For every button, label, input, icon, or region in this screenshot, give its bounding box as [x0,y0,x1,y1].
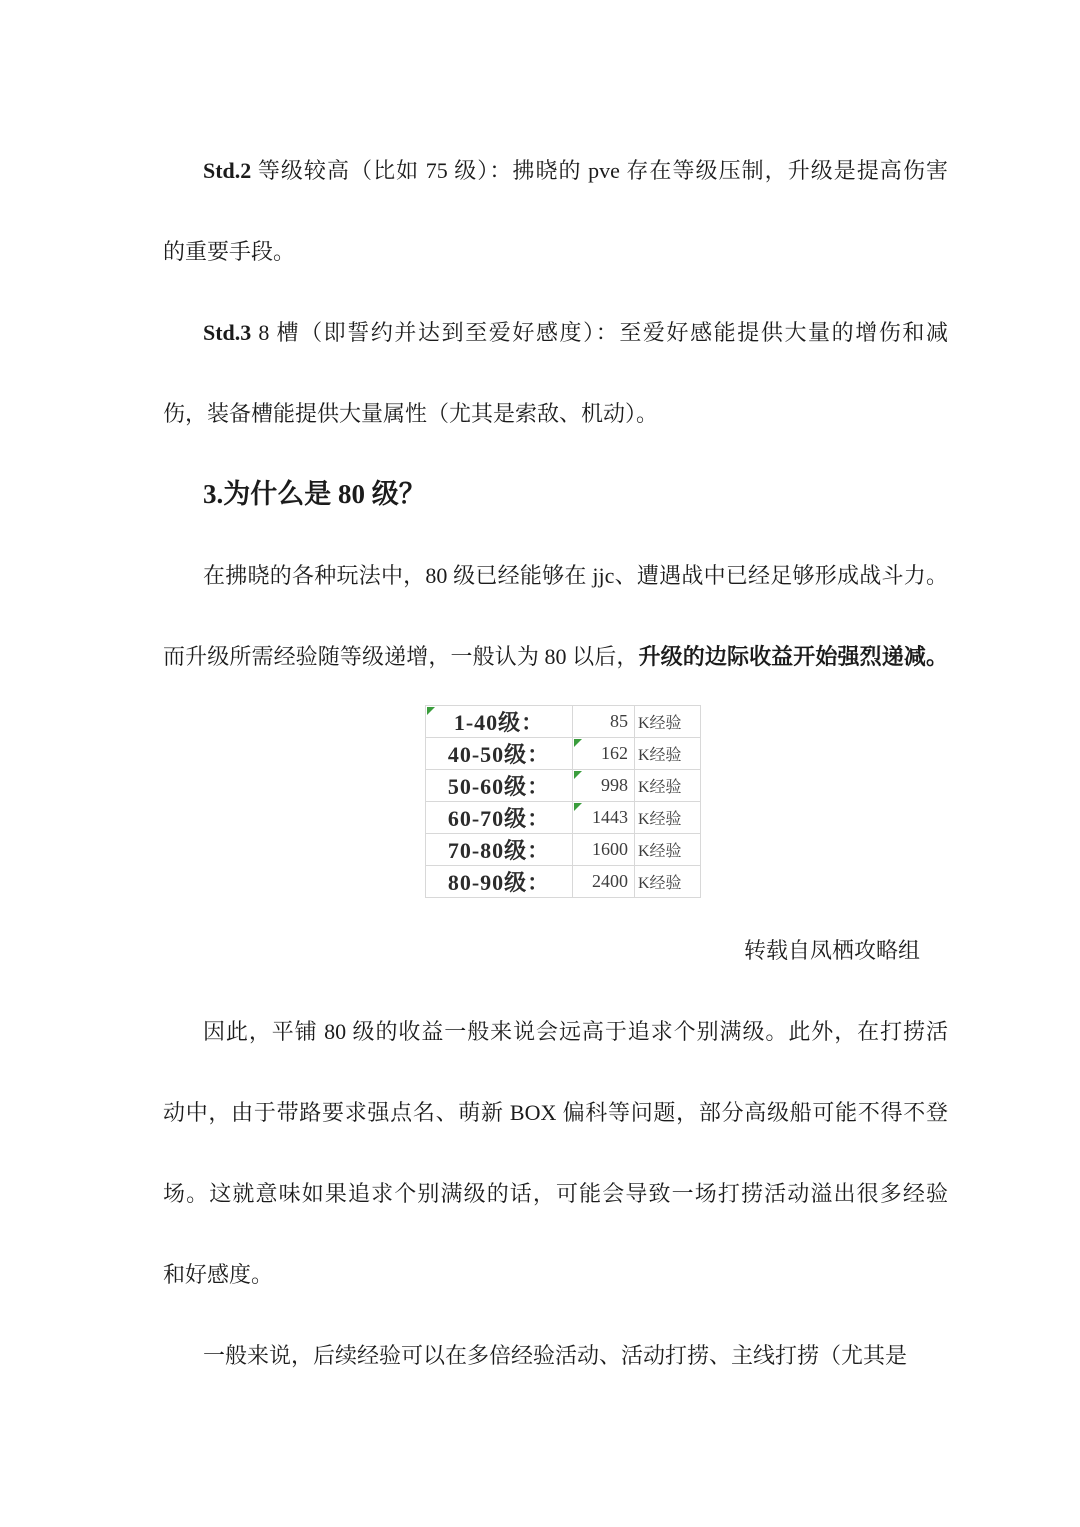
level-range-label: 80-90级： [448,870,550,895]
exp-value: 2400 [592,871,628,891]
text-line: Std.3 8 槽（即誓约并达到至爱好感度）：至爱好感能提供大量的增伤和减 [163,292,948,373]
table-row: 70-80级： 1600 K经验 [426,834,701,866]
level-range-cell: 1-40级： [426,706,573,738]
text-segment: 而升级所需经验随等级递增，一般认为 80 以后， [163,644,639,669]
source-caption: 转载自凤栖攻略组 [163,910,948,991]
exp-value: 162 [601,743,628,763]
exp-unit-label: K经验 [638,779,682,796]
text-segment: 动中，由于带路要求强点名、萌新 BOX 偏科等问题，部分高级船可能不得不登 [163,1100,948,1125]
exp-level-table-body: 1-40级： 85 K经验 40-50级： 162 K经验 50-60级： 99… [426,706,701,898]
text-line: 因此，平铺 80 级的收益一般来说会远高于追求个别满级。此外，在打捞活 [163,991,948,1072]
text-segment: 场。这就意味如果追求个别满级的话，可能会导致一场打捞活动溢出很多经验 [163,1181,948,1206]
exp-unit-label: K经验 [638,875,682,892]
level-range-cell: 60-70级： [426,802,573,834]
level-range-cell: 50-60级： [426,770,573,802]
text-line: 场。这就意味如果追求个别满级的话，可能会导致一场打捞活动溢出很多经验 [163,1153,948,1234]
document-page: Std.2 等级较高（比如 75 级）：拂晓的 pve 存在等级压制，升级是提高… [0,0,1080,1527]
text-segment: 伤，装备槽能提供大量属性（尤其是索敌、机动）。 [163,401,658,426]
text-segment: 的重要手段。 [163,239,295,264]
text-line: 动中，由于带路要求强点名、萌新 BOX 偏科等问题，部分高级船可能不得不登 [163,1072,948,1153]
exp-value: 998 [601,775,628,795]
exp-value-cell: 162 [573,738,635,770]
exp-unit-label: K经验 [638,811,682,828]
level-range-label: 1-40级： [454,710,544,735]
exp-unit-label: K经验 [638,843,682,860]
text-line: 和好感度。 [163,1234,948,1315]
exp-unit-cell: K经验 [635,834,701,866]
text-line: 的重要手段。 [163,211,948,292]
level-range-label: 50-60级： [448,774,550,799]
text-segment: Std.3 [203,320,251,345]
exp-value-cell: 998 [573,770,635,802]
exp-value: 1443 [592,807,628,827]
exp-unit-label: K经验 [638,715,682,732]
level-range-label: 60-70级： [448,806,550,831]
level-range-label: 40-50级： [448,742,550,767]
text-segment: 和好感度。 [163,1262,273,1287]
table-row: 60-70级： 1443 K经验 [426,802,701,834]
text-segment: 在拂晓的各种玩法中，80 级已经能够在 jjc、遭遇战中已经足够形成战斗力。 [203,563,948,588]
text-line: 在拂晓的各种玩法中，80 级已经能够在 jjc、遭遇战中已经足够形成战斗力。 [163,535,948,616]
exp-value-cell: 1443 [573,802,635,834]
exp-unit-label: K经验 [638,747,682,764]
text-line: 一般来说，后续经验可以在多倍经验活动、活动打捞、主线打捞（尤其是 [163,1315,948,1396]
body-text-block-bottom: 因此，平铺 80 级的收益一般来说会远高于追求个别满级。此外，在打捞活动中，由于… [163,991,948,1396]
text-segment: 等级较高（比如 75 级）：拂晓的 pve 存在等级压制，升级是提高伤害 [251,158,948,183]
green-triangle-icon [427,707,435,715]
text-line: 而升级所需经验随等级递增，一般认为 80 以后，升级的边际收益开始强烈递减。 [163,616,948,697]
level-range-label: 70-80级： [448,838,550,863]
table-row: 80-90级： 2400 K经验 [426,866,701,898]
body-text-block-top: Std.2 等级较高（比如 75 级）：拂晓的 pve 存在等级压制，升级是提高… [163,130,948,697]
exp-value: 1600 [592,839,628,859]
level-range-cell: 70-80级： [426,834,573,866]
exp-unit-cell: K经验 [635,706,701,738]
text-segment: 因此，平铺 80 级的收益一般来说会远高于追求个别满级。此外，在打捞活 [203,1019,948,1044]
exp-unit-cell: K经验 [635,770,701,802]
table-row: 40-50级： 162 K经验 [426,738,701,770]
exp-value-cell: 1600 [573,834,635,866]
text-segment: 3.为什么是 80 级？ [203,479,426,509]
exp-value-cell: 2400 [573,866,635,898]
section-heading: 3.为什么是 80 级？ [163,454,948,535]
green-triangle-icon [574,739,582,747]
level-range-cell: 80-90级： [426,866,573,898]
exp-value-cell: 85 [573,706,635,738]
text-segment: Std.2 [203,158,251,183]
table-row: 1-40级： 85 K经验 [426,706,701,738]
green-triangle-icon [574,771,582,779]
exp-unit-cell: K经验 [635,738,701,770]
level-range-cell: 40-50级： [426,738,573,770]
text-line: 伤，装备槽能提供大量属性（尤其是索敌、机动）。 [163,373,948,454]
green-triangle-icon [574,803,582,811]
exp-unit-cell: K经验 [635,802,701,834]
text-segment: 8 槽（即誓约并达到至爱好感度）：至爱好感能提供大量的增伤和减 [251,320,948,345]
text-line: Std.2 等级较高（比如 75 级）：拂晓的 pve 存在等级压制，升级是提高… [163,130,948,211]
text-segment: 一般来说，后续经验可以在多倍经验活动、活动打捞、主线打捞（尤其是 [203,1343,907,1368]
exp-level-table: 1-40级： 85 K经验 40-50级： 162 K经验 50-60级： 99… [425,705,701,898]
text-segment: 升级的边际收益开始强烈递减。 [639,644,948,669]
table-row: 50-60级： 998 K经验 [426,770,701,802]
exp-unit-cell: K经验 [635,866,701,898]
exp-value: 85 [610,711,628,731]
